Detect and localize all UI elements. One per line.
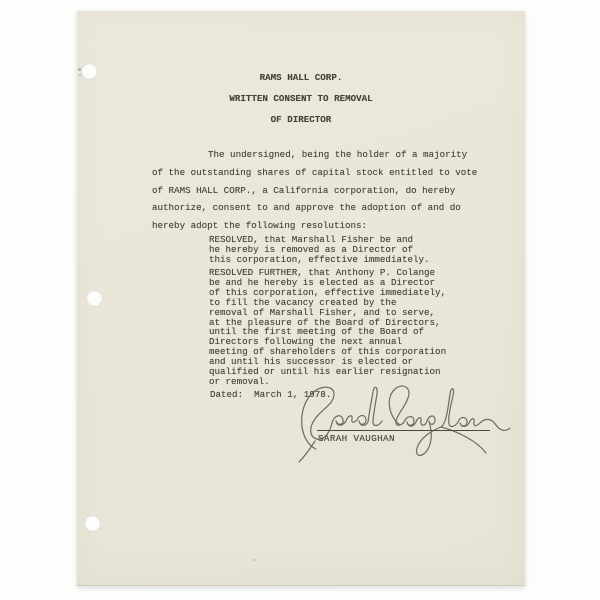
paper-sheet: RAMS HALL CORP. WRITTEN CONSENT TO REMOV…: [77, 11, 525, 586]
paper-speck: [78, 68, 81, 71]
resolution-election: RESOLVED FURTHER, that Anthony P. Colang…: [209, 268, 469, 387]
punch-hole-bottom: [84, 515, 101, 532]
signature-typed-name: SARAH VAUGHAN: [318, 433, 395, 444]
document-title-line-1: RAMS HALL CORP.: [77, 72, 525, 83]
resolution-removal: RESOLVED, that Marshall Fisher be and he…: [209, 235, 469, 265]
punch-hole-middle: [86, 290, 103, 307]
body-paragraph: The undersigned, being the holder of a m…: [152, 146, 492, 235]
signature-underline: [317, 430, 490, 431]
scanned-document-background: RAMS HALL CORP. WRITTEN CONSENT TO REMOV…: [0, 0, 600, 600]
paper-speck: [253, 559, 256, 561]
document-title-line-2: WRITTEN CONSENT TO REMOVAL: [77, 93, 525, 104]
document-title-line-3: OF DIRECTOR: [77, 114, 525, 125]
handwritten-signature: [282, 379, 512, 464]
